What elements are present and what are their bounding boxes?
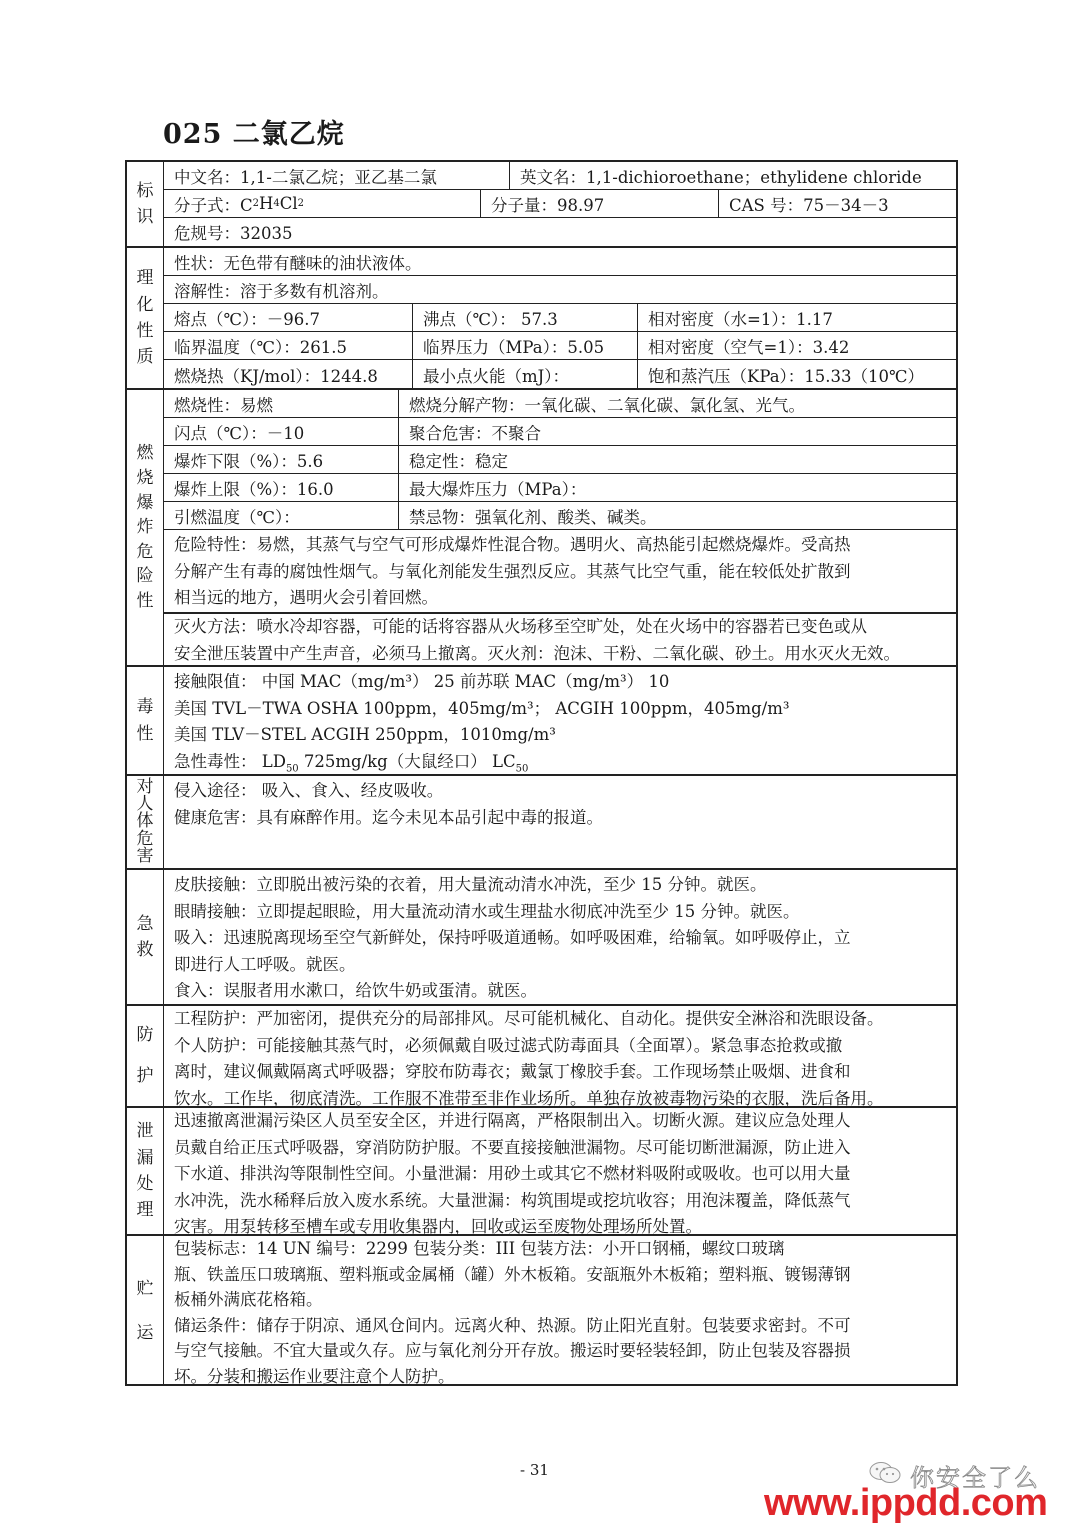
text-line: 安全泄压装置中产生声音，必须马上撤离。灭火剂：泡沫、干粉、二氧化碳、砂土。用水灭… xyxy=(174,641,948,668)
protection-content: 工程防护：严加密闭，提供充分的局部排风。尽可能机械化、自动化。提供安全淋浴和洗眼… xyxy=(174,1006,948,1112)
label-char: 贮 xyxy=(137,1267,154,1311)
critical-temperature: 临界温度（℃）：261.5 xyxy=(164,332,412,359)
table-row: 临界温度（℃）：261.5 临界压力（MPa）：5.05 相对密度（空气=1）：… xyxy=(164,332,956,360)
section-identification: 标 识 中文名：1,1-二氯乙烷；亚乙基二氯 英文名：1,1-dichioroe… xyxy=(127,162,956,246)
label-char: 护 xyxy=(137,1056,154,1097)
decomposition-products: 燃烧分解产物：一氧化碳、二氧化碳、氯化氢、光气。 xyxy=(398,390,956,417)
label-char: 害 xyxy=(137,848,154,865)
storage-content: 包装标志：14 UN 编号：2299 包装分类：III 包装方法：小开口钢桶，螺… xyxy=(174,1236,948,1389)
section-label-health: 对 人 体 危 害 xyxy=(127,776,164,868)
section-physchem: 理 化 性 质 性状：无色带有醚味的油状液体。 溶解性：溶于多数有机溶剂。 熔点… xyxy=(127,246,956,388)
text-line: 分解产生有毒的腐蚀性烟气。与氧化剂能发生强烈反应。其蒸气比空气重，能在较低处扩散… xyxy=(174,559,948,586)
section-label-protection: 防 护 xyxy=(127,1006,164,1106)
section-label-physchem: 理 化 性 质 xyxy=(127,248,164,388)
lower-explosive-limit: 爆炸下限（%）：5.6 xyxy=(164,446,398,473)
label-char: 运 xyxy=(137,1311,154,1355)
section-label-leak: 泄 漏 处 理 xyxy=(127,1108,164,1234)
table-row: 危规号：32035 xyxy=(164,218,956,246)
entry-route: 侵入途径： 吸入、食入、经皮吸收。 xyxy=(174,778,948,805)
label-char: 处 xyxy=(137,1171,154,1197)
skin-contact: 皮肤接触：立即脱出被污染的衣着，用大量流动清水冲洗，至少 15 分钟。就医。 xyxy=(174,872,948,899)
section-label-storage: 贮 运 xyxy=(127,1236,164,1386)
flash-point: 闪点（℃）：－10 xyxy=(164,418,398,445)
text-line: 坏。分装和搬运作业要注意个人防护。 xyxy=(174,1364,948,1390)
label-char: 险 xyxy=(137,564,154,589)
en-name: 英文名：1,1-dichioroethane；ethylidene chlori… xyxy=(509,162,956,189)
table-row: 爆炸上限（%）：16.0 最大爆炸压力（MPa）： xyxy=(164,474,956,502)
min-ignition-energy: 最小点火能（mJ）： xyxy=(412,360,637,390)
table-row: 中文名：1,1-二氯乙烷；亚乙基二氯 英文名：1,1-dichioroethan… xyxy=(164,162,956,190)
cn-name: 中文名：1,1-二氯乙烷；亚乙基二氯 xyxy=(164,162,509,189)
label-char: 爆 xyxy=(137,491,154,516)
fire-fighting-method: 灭火方法：喷水冷却容器，可能的话将容器从火场移至空旷处，处在火场中的容器若已变色… xyxy=(174,614,948,667)
flammability: 燃烧性：易燃 xyxy=(164,390,398,417)
molecular-formula: 分子式：C2H4Cl2 xyxy=(164,190,480,217)
label-char: 漏 xyxy=(137,1145,154,1171)
table-row: 燃烧性：易燃 燃烧分解产物：一氧化碳、二氧化碳、氯化氢、光气。 xyxy=(164,390,956,418)
cas-number: CAS 号：75－34－3 xyxy=(718,190,956,217)
table-row: 熔点（℃）：－96.7 沸点（℃）： 57.3 相对密度（水=1）：1.17 xyxy=(164,304,956,332)
text-line: 包装标志：14 UN 编号：2299 包装分类：III 包装方法：小开口钢桶，螺… xyxy=(174,1236,948,1262)
page-title: 025 二氯乙烷 xyxy=(163,112,345,151)
section-protection: 防 护 工程防护：严加密闭，提供充分的局部排风。尽可能机械化、自动化。提供安全淋… xyxy=(127,1004,956,1106)
heat-of-combustion: 燃烧热（KJ/mol）：1244.8 xyxy=(164,360,412,390)
table-row: 闪点（℃）：－10 聚合危害：不聚合 xyxy=(164,418,956,446)
polymerization-hazard: 聚合危害：不聚合 xyxy=(398,418,956,445)
health-hazard-text: 健康危害：具有麻醉作用。迄今未见本品引起中毒的报道。 xyxy=(174,805,948,832)
text-line: 与空气接触。不宜大量或久存。应与氧化剂分开存放。搬运时要轻装轻卸，防止包装及容器… xyxy=(174,1338,948,1364)
section-fire-explosion: 燃 烧 爆 炸 危 险 性 燃烧性：易燃 燃烧分解产物：一氧化碳、二氧化碳、氯化… xyxy=(127,388,956,665)
toxicity-content: 接触限值： 中国 MAC（mg/m³） 25 前苏联 MAC（mg/m³） 10… xyxy=(174,669,948,782)
text-line: 板桶外满底花格箱。 xyxy=(174,1287,948,1313)
us-tlv-stel: 美国 TLV－STEL ACGIH 250ppm，1010mg/m³ xyxy=(174,722,948,749)
hazard-characteristics: 危险特性：易燃，其蒸气与空气可形成爆炸性混合物。遇明火、高热能引起燃烧爆炸。受高… xyxy=(174,532,948,612)
label-char: 炸 xyxy=(137,515,154,540)
text-line: 下水道、排洪沟等限制性空间。小量泄漏：用砂土或其它不燃材料吸附或吸收。也可以用大… xyxy=(174,1161,948,1188)
leak-content: 迅速撤离泄漏污染区人员至安全区，并进行隔离，严格限制出入。切断火源。建议应急处理… xyxy=(174,1108,948,1241)
relative-density-water: 相对密度（水=1）：1.17 xyxy=(637,304,956,331)
text-line: 工程防护：严加密闭，提供充分的局部排风。尽可能机械化、自动化。提供安全淋浴和洗眼… xyxy=(174,1006,948,1033)
appearance: 性状：无色带有醚味的油状液体。 xyxy=(164,248,956,275)
label-char: 化 xyxy=(137,292,154,318)
page-number: - 31 xyxy=(520,1461,549,1479)
section-first-aid: 急 救 皮肤接触：立即脱出被污染的衣着，用大量流动清水冲洗，至少 15 分钟。就… xyxy=(127,868,956,1004)
autoignition-temperature: 引燃温度（℃）： xyxy=(164,502,398,529)
relative-density-air: 相对密度（空气=1）：3.42 xyxy=(637,332,956,359)
formula-text: 分子式：C xyxy=(174,192,253,216)
incompatible-materials: 禁忌物：强氧化剂、酸类、碱类。 xyxy=(398,502,956,529)
text-line: 相当远的地方，遇明火会引着回燃。 xyxy=(174,585,948,612)
saturated-vapor-pressure: 饱和蒸汽压（KPa）：15.33（10℃） xyxy=(637,360,956,390)
boiling-point: 沸点（℃）： 57.3 xyxy=(412,304,637,331)
ingestion: 食入：误服者用水漱口，给饮牛奶或蛋清。就医。 xyxy=(174,978,948,1005)
table-row: 分子式：C2H4Cl2 分子量：98.97 CAS 号：75－34－3 xyxy=(164,190,956,218)
table-row: 燃烧热（KJ/mol）：1244.8 最小点火能（mJ）： 饱和蒸汽压（KPa）… xyxy=(164,360,956,390)
label-char: 救 xyxy=(137,937,154,963)
first-aid-content: 皮肤接触：立即脱出被污染的衣着，用大量流动清水冲洗，至少 15 分钟。就医。 眼… xyxy=(174,872,948,1005)
section-label-toxicity: 毒 性 xyxy=(127,667,164,774)
section-leak-handling: 泄 漏 处 理 迅速撤离泄漏污染区人员至安全区，并进行隔离，严格限制出入。切断火… xyxy=(127,1106,956,1234)
text-line: 瓶、铁盖压口玻璃瓶、塑料瓶或金属桶（罐）外木板箱。安瓿瓶外木板箱；塑料瓶、镀锡薄… xyxy=(174,1262,948,1288)
text-line: 员戴自给正压式呼吸器，穿消防防护服。不要直接接触泄漏物。尽可能切断泄漏源，防止进… xyxy=(174,1135,948,1162)
text-line: 危险特性：易燃，其蒸气与空气可形成爆炸性混合物。遇明火、高热能引起燃烧爆炸。受高… xyxy=(174,532,948,559)
upper-explosive-limit: 爆炸上限（%）：16.0 xyxy=(164,474,398,501)
health-content: 侵入途径： 吸入、食入、经皮吸收。 健康危害：具有麻醉作用。迄今未见本品引起中毒… xyxy=(174,778,948,831)
label-char: 防 xyxy=(137,1015,154,1056)
table-row: 性状：无色带有醚味的油状液体。 xyxy=(164,248,956,276)
table-row: 溶解性：溶于多数有机溶剂。 xyxy=(164,276,956,304)
section-health-hazard: 对 人 体 危 害 侵入途径： 吸入、食入、经皮吸收。 健康危害：具有麻醉作用。… xyxy=(127,774,956,868)
formula-sub: 2 xyxy=(298,198,304,209)
label-char: 识 xyxy=(137,204,154,230)
section-toxicity: 毒 性 接触限值： 中国 MAC（mg/m³） 25 前苏联 MAC（mg/m³… xyxy=(127,665,956,774)
max-explosion-pressure: 最大爆炸压力（MPa）： xyxy=(398,474,956,501)
section-storage-transport: 贮 运 包装标志：14 UN 编号：2299 包装分类：III 包装方法：小开口… xyxy=(127,1234,956,1386)
label-char: 毒 xyxy=(137,694,154,720)
solubility: 溶解性：溶于多数有机溶剂。 xyxy=(164,276,956,303)
critical-pressure: 临界压力（MPa）：5.05 xyxy=(412,332,637,359)
text-span: 725mg/kg（大鼠经口） LC xyxy=(299,752,516,771)
label-char: 理 xyxy=(137,1197,154,1223)
table-row: 引燃温度（℃）： 禁忌物：强氧化剂、酸类、碱类。 xyxy=(164,502,956,530)
eye-contact: 眼睛接触：立即提起眼睑，用大量流动清水或生理盐水彻底冲洗至少 15 分钟。就医。 xyxy=(174,899,948,926)
text-line: 个人防护：可能接触其蒸气时，必须佩戴自吸过滤式防毒面具（全面罩）。紧急事态抢救或… xyxy=(174,1033,948,1060)
inhalation-cont: 即进行人工呼吸。就医。 xyxy=(174,952,948,979)
subscript: 50 xyxy=(286,763,299,774)
msds-table: 标 识 中文名：1,1-二氯乙烷；亚乙基二氯 英文名：1,1-dichioroe… xyxy=(125,160,958,1386)
label-char: 标 xyxy=(137,178,154,204)
text-line: 储运条件：储存于阴凉、通风仓间内。远离火种、热源。防止阳光直射。包装要求密封。不… xyxy=(174,1313,948,1339)
table-row: 爆炸下限（%）：5.6 稳定性：稳定 xyxy=(164,446,956,474)
section-label-identification: 标 识 xyxy=(127,162,164,246)
text-line: 离时，建议佩戴隔离式呼吸器；穿胶布防毒衣；戴氯丁橡胶手套。工作现场禁止吸烟、进食… xyxy=(174,1059,948,1086)
section-label-fire: 燃 烧 爆 炸 危 险 性 xyxy=(127,390,164,665)
label-char: 危 xyxy=(137,540,154,565)
molecular-weight: 分子量：98.97 xyxy=(480,190,718,217)
label-char: 燃 xyxy=(137,441,154,466)
text-line: 迅速撤离泄漏污染区人员至安全区，并进行隔离，严格限制出入。切断火源。建议应急处理… xyxy=(174,1108,948,1135)
formula-text: Cl xyxy=(280,194,298,213)
text-line: 水冲洗，洗水稀释后放入废水系统。大量泄漏：构筑围堤或挖坑收容；用泡沫覆盖，降低蒸… xyxy=(174,1188,948,1215)
table-row: 危险特性：易燃，其蒸气与空气可形成爆炸性混合物。遇明火、高热能引起燃烧爆炸。受高… xyxy=(164,530,956,614)
label-char: 性 xyxy=(137,589,154,614)
section-label-first-aid: 急 救 xyxy=(127,870,164,1004)
table-row: 灭火方法：喷水冷却容器，可能的话将容器从火场移至空旷处，处在火场中的容器若已变色… xyxy=(164,614,956,667)
label-char: 理 xyxy=(137,265,154,291)
hazard-number: 危规号：32035 xyxy=(164,218,956,246)
stability: 稳定性：稳定 xyxy=(398,446,956,473)
label-char: 烧 xyxy=(137,466,154,491)
label-char: 急 xyxy=(137,911,154,937)
inhalation: 吸入：迅速脱离现场至空气新鲜处，保持呼吸道通畅。如呼吸困难，给输氧。如呼吸停止，… xyxy=(174,925,948,952)
label-char: 泄 xyxy=(137,1118,154,1144)
formula-text: H xyxy=(259,194,273,213)
label-char: 性 xyxy=(137,318,154,344)
subscript: 50 xyxy=(516,763,529,774)
text-line: 灭火方法：喷水冷却容器，可能的话将容器从火场移至空旷处，处在火场中的容器若已变色… xyxy=(174,614,948,641)
label-char: 性 xyxy=(137,721,154,747)
exposure-limits: 接触限值： 中国 MAC（mg/m³） 25 前苏联 MAC（mg/m³） 10 xyxy=(174,669,948,696)
us-tlv-twa: 美国 TVL－TWA OSHA 100ppm，405mg/m³； ACGIH 1… xyxy=(174,696,948,723)
melting-point: 熔点（℃）：－96.7 xyxy=(164,304,412,331)
text-span: 急性毒性： LD xyxy=(174,752,286,771)
watermark-url: www.ippdd.com xyxy=(764,1482,1047,1525)
label-char: 质 xyxy=(137,344,154,370)
